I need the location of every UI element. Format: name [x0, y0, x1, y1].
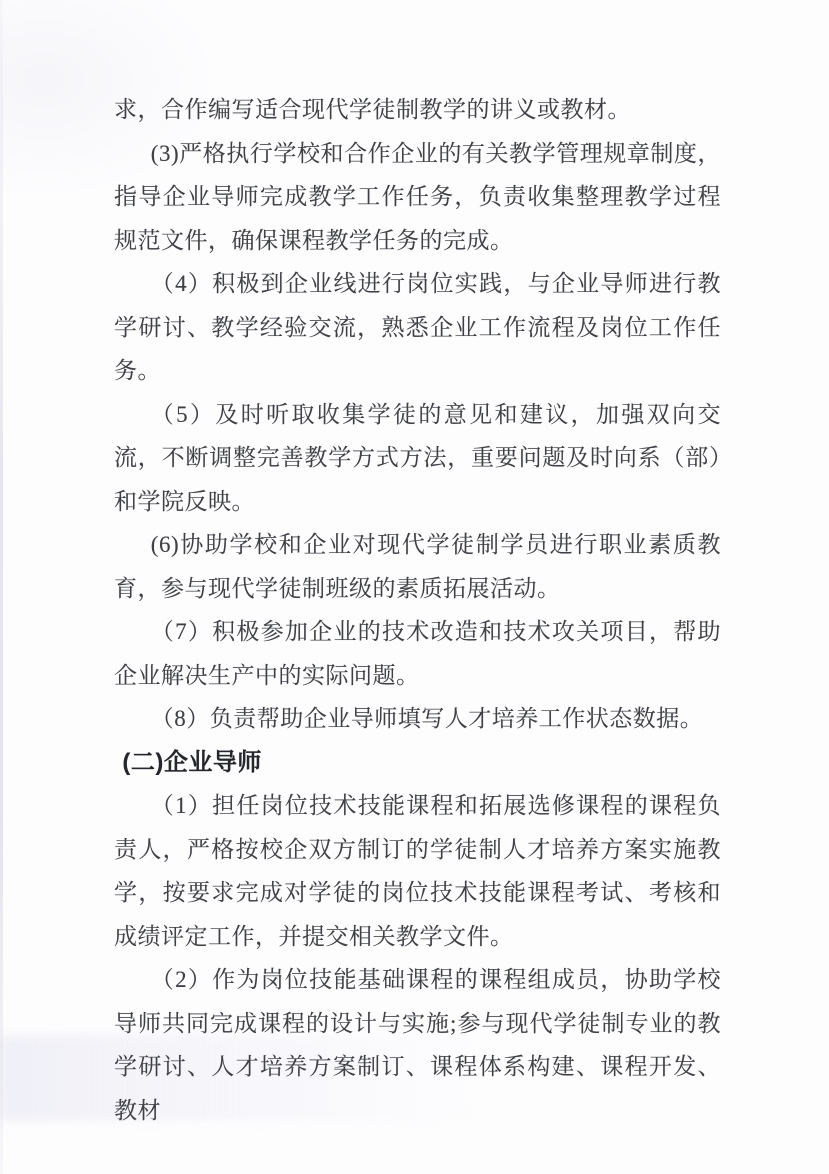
paragraph-item-7: （7）积极参加企业的技术改造和技术攻关项目，帮助企业解决生产中的实际问题。	[114, 610, 721, 697]
paragraph-item-5: （5）及时听取收集学徒的意见和建议，加强双向交流，不断调整完善教学方式方法，重要…	[114, 393, 721, 524]
document-page: 求，合作编写适合现代学徒制教学的讲义或教材。 (3)严格执行学校和合作企业的有关…	[0, 0, 829, 1174]
section-heading-enterprise-mentor: (二)企业导师	[114, 741, 721, 785]
paragraph-item-2: （2）作为岗位技能基础课程的课程组成员，协助学校导师共同完成课程的设计与实施;参…	[114, 958, 721, 1132]
paragraph-item-6: (6)协助学校和企业对现代学徒制学员进行职业素质教育，参与现代学徒制班级的素质拓…	[114, 523, 721, 610]
paragraph-item-1: （1）担任岗位技术技能课程和拓展选修课程的课程负责人，严格按校企双方制订的学徒制…	[114, 784, 721, 958]
text-block: 求，合作编写适合现代学徒制教学的讲义或教材。 (3)严格执行学校和合作企业的有关…	[0, 0, 829, 1132]
paragraph-item-8: （8）负责帮助企业导师填写人才培养工作状态数据。	[114, 697, 721, 741]
paragraph-item-4: （4）积极到企业线进行岗位实践，与企业导师进行教学研讨、教学经验交流，熟悉企业工…	[114, 262, 721, 393]
paragraph-item-3: (3)严格执行学校和合作企业的有关教学管理规章制度，指导企业导师完成教学工作任务…	[114, 132, 721, 263]
paragraph-continuation: 求，合作编写适合现代学徒制教学的讲义或教材。	[114, 88, 721, 132]
